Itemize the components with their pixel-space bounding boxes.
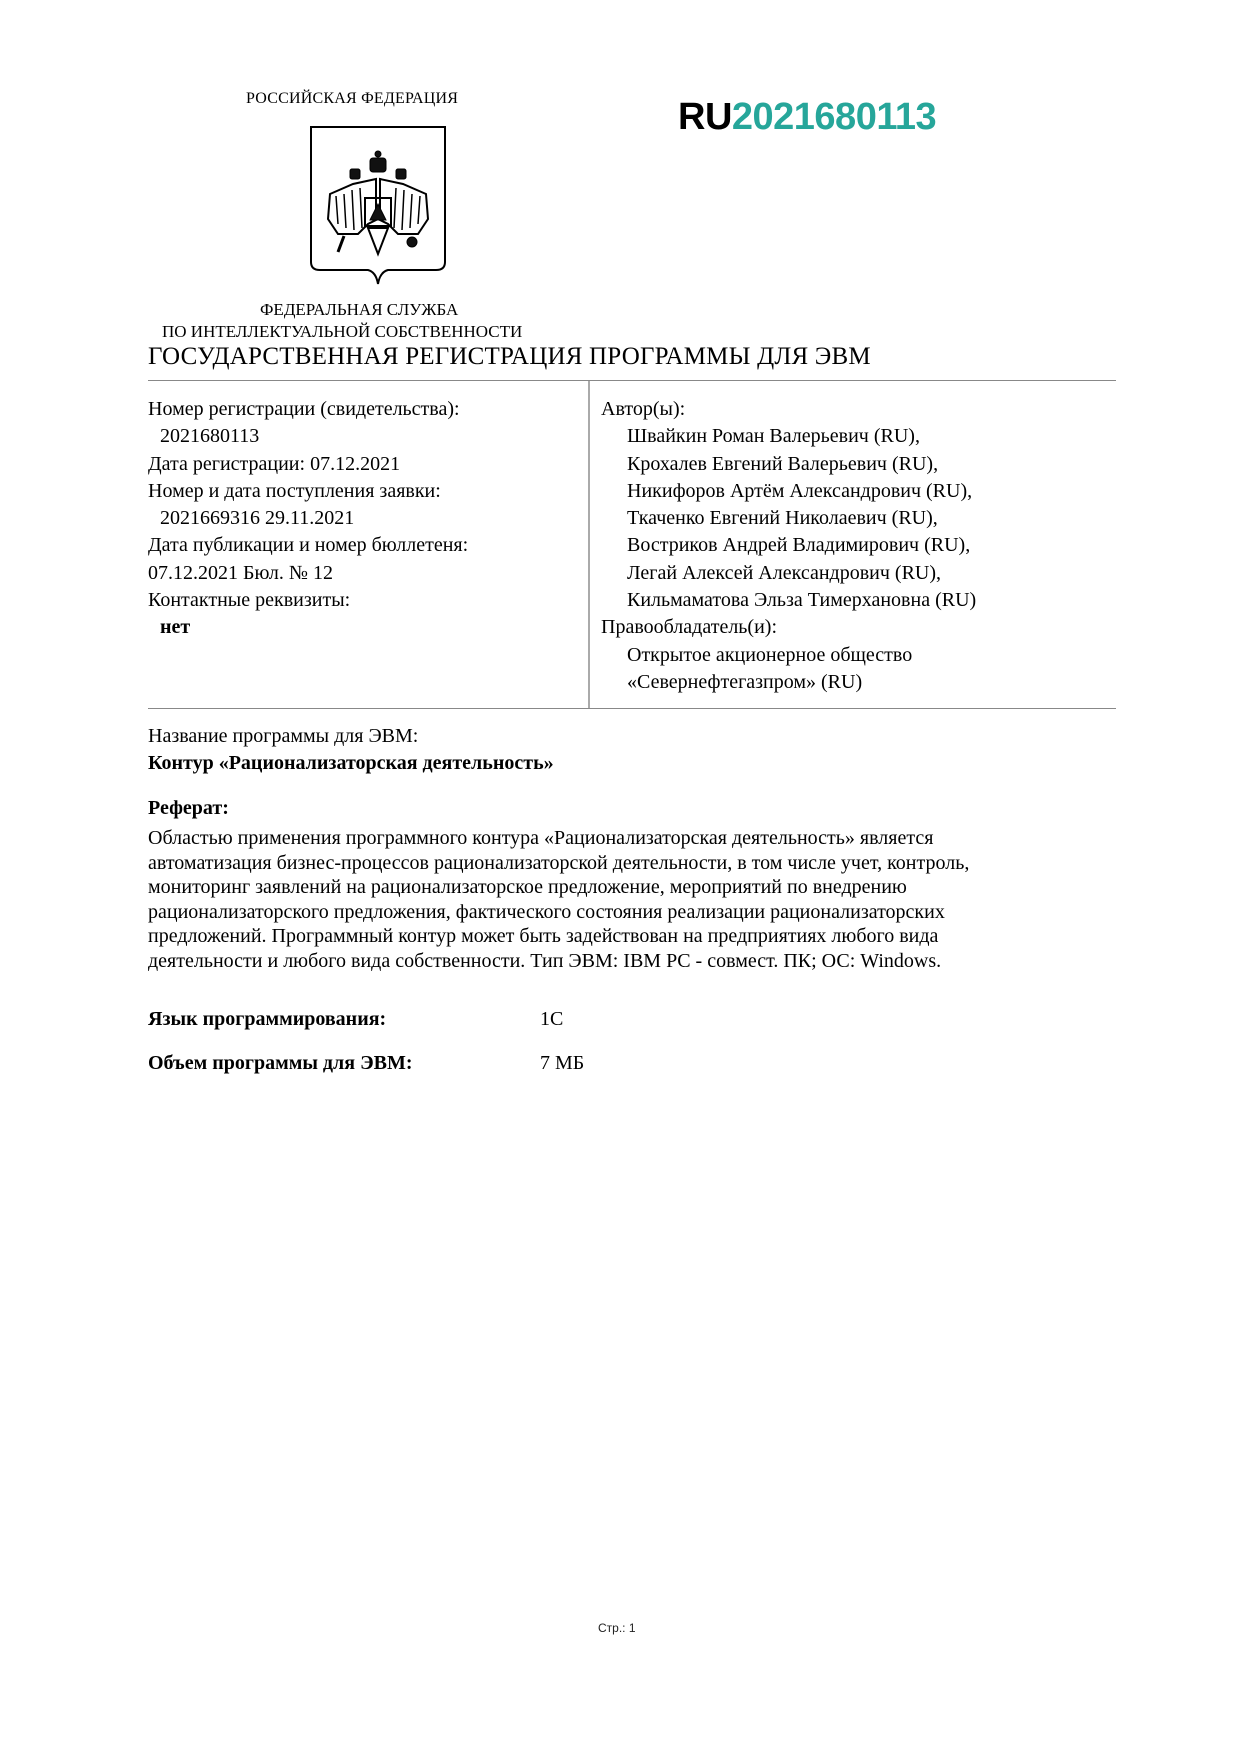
language-row: Язык программирования:1С bbox=[148, 1008, 563, 1031]
author-item: Крохалев Евгений Валерьевич (RU), bbox=[601, 451, 1121, 478]
holders-label: Правообладатель(и): bbox=[601, 614, 1121, 641]
program-name-label: Название программы для ЭВМ: bbox=[148, 723, 1128, 750]
program-name-value: Контур «Рационализаторская деятельность» bbox=[148, 750, 1128, 777]
publication-label: Дата публикации и номер бюллетеня: bbox=[148, 532, 578, 559]
author-item: Швайкин Роман Валерьевич (RU), bbox=[601, 423, 1121, 450]
publication-value: 07.12.2021 Бюл. № 12 bbox=[148, 560, 578, 587]
application-label: Номер и дата поступления заявки: bbox=[148, 478, 578, 505]
size-row: Объем программы для ЭВМ:7 МБ bbox=[148, 1052, 584, 1075]
top-divider bbox=[148, 380, 1116, 381]
abstract-line: мониторинг заявлений на рационализаторск… bbox=[148, 875, 1128, 900]
reg-number-label: Номер регистрации (свидетельства): bbox=[148, 396, 578, 423]
coat-of-arms-icon bbox=[308, 124, 448, 287]
authors-holders: Автор(ы): Швайкин Роман Валерьевич (RU),… bbox=[601, 396, 1121, 696]
reg-date-row: Дата регистрации: 07.12.2021 bbox=[148, 451, 578, 478]
abstract-line: рационализаторского предложения, фактиче… bbox=[148, 900, 1128, 925]
author-item: Кильмаматова Эльза Тимерхановна (RU) bbox=[601, 587, 1121, 614]
agency-name-line1: ФЕДЕРАЛЬНАЯ СЛУЖБА bbox=[260, 300, 458, 320]
document-title: ГОСУДАРСТВЕННАЯ РЕГИСТРАЦИЯ ПРОГРАММЫ ДЛ… bbox=[148, 343, 871, 371]
abstract-line: предложений. Программный контур может бы… bbox=[148, 924, 1128, 949]
application-value: 2021669316 29.11.2021 bbox=[148, 505, 578, 532]
size-label: Объем программы для ЭВМ: bbox=[148, 1052, 540, 1075]
abstract-line: автоматизация бизнес-процессов рационали… bbox=[148, 851, 1128, 876]
reg-date-value: 07.12.2021 bbox=[310, 453, 400, 475]
size-value: 7 МБ bbox=[540, 1052, 584, 1074]
language-label: Язык программирования: bbox=[148, 1008, 540, 1031]
author-item: Востриков Андрей Владимирович (RU), bbox=[601, 532, 1121, 559]
author-item: Легай Алексей Александрович (RU), bbox=[601, 560, 1121, 587]
author-item: Ткаченко Евгений Николаевич (RU), bbox=[601, 505, 1121, 532]
author-item: Никифоров Артём Александрович (RU), bbox=[601, 478, 1121, 505]
program-name-section: Название программы для ЭВМ: Контур «Раци… bbox=[148, 723, 1128, 777]
abstract-text: Областью применения программного контура… bbox=[148, 826, 1128, 973]
agency-name-line2: ПО ИНТЕЛЛЕКТУАЛЬНОЙ СОБСТВЕННОСТИ bbox=[162, 322, 522, 342]
authors-label: Автор(ы): bbox=[601, 396, 1121, 423]
holder-item: «Севернефтегазпром» (RU) bbox=[601, 669, 1121, 696]
abstract-line: Областью применения программного контура… bbox=[148, 826, 1128, 851]
reg-number-value: 2021680113 bbox=[148, 423, 578, 450]
bottom-divider bbox=[148, 708, 1116, 709]
contacts-label: Контактные реквизиты: bbox=[148, 587, 578, 614]
reg-date-label: Дата регистрации: bbox=[148, 453, 305, 475]
abstract-line: деятельности и любого вида собственности… bbox=[148, 949, 1128, 974]
contacts-value: нет bbox=[148, 614, 578, 641]
abstract-label: Реферат: bbox=[148, 795, 1128, 822]
country-code: RU bbox=[678, 96, 732, 138]
page-number: Стр.: 1 bbox=[598, 1621, 636, 1635]
document-number: RU2021680113 bbox=[678, 96, 936, 139]
registration-number-heading: 2021680113 bbox=[732, 96, 936, 138]
holder-item: Открытое акционерное общество bbox=[601, 642, 1121, 669]
column-divider bbox=[588, 381, 590, 708]
country-name: РОССИЙСКАЯ ФЕДЕРАЦИЯ bbox=[246, 90, 458, 108]
registration-details: Номер регистрации (свидетельства): 20216… bbox=[148, 396, 578, 642]
language-value: 1С bbox=[540, 1008, 563, 1030]
